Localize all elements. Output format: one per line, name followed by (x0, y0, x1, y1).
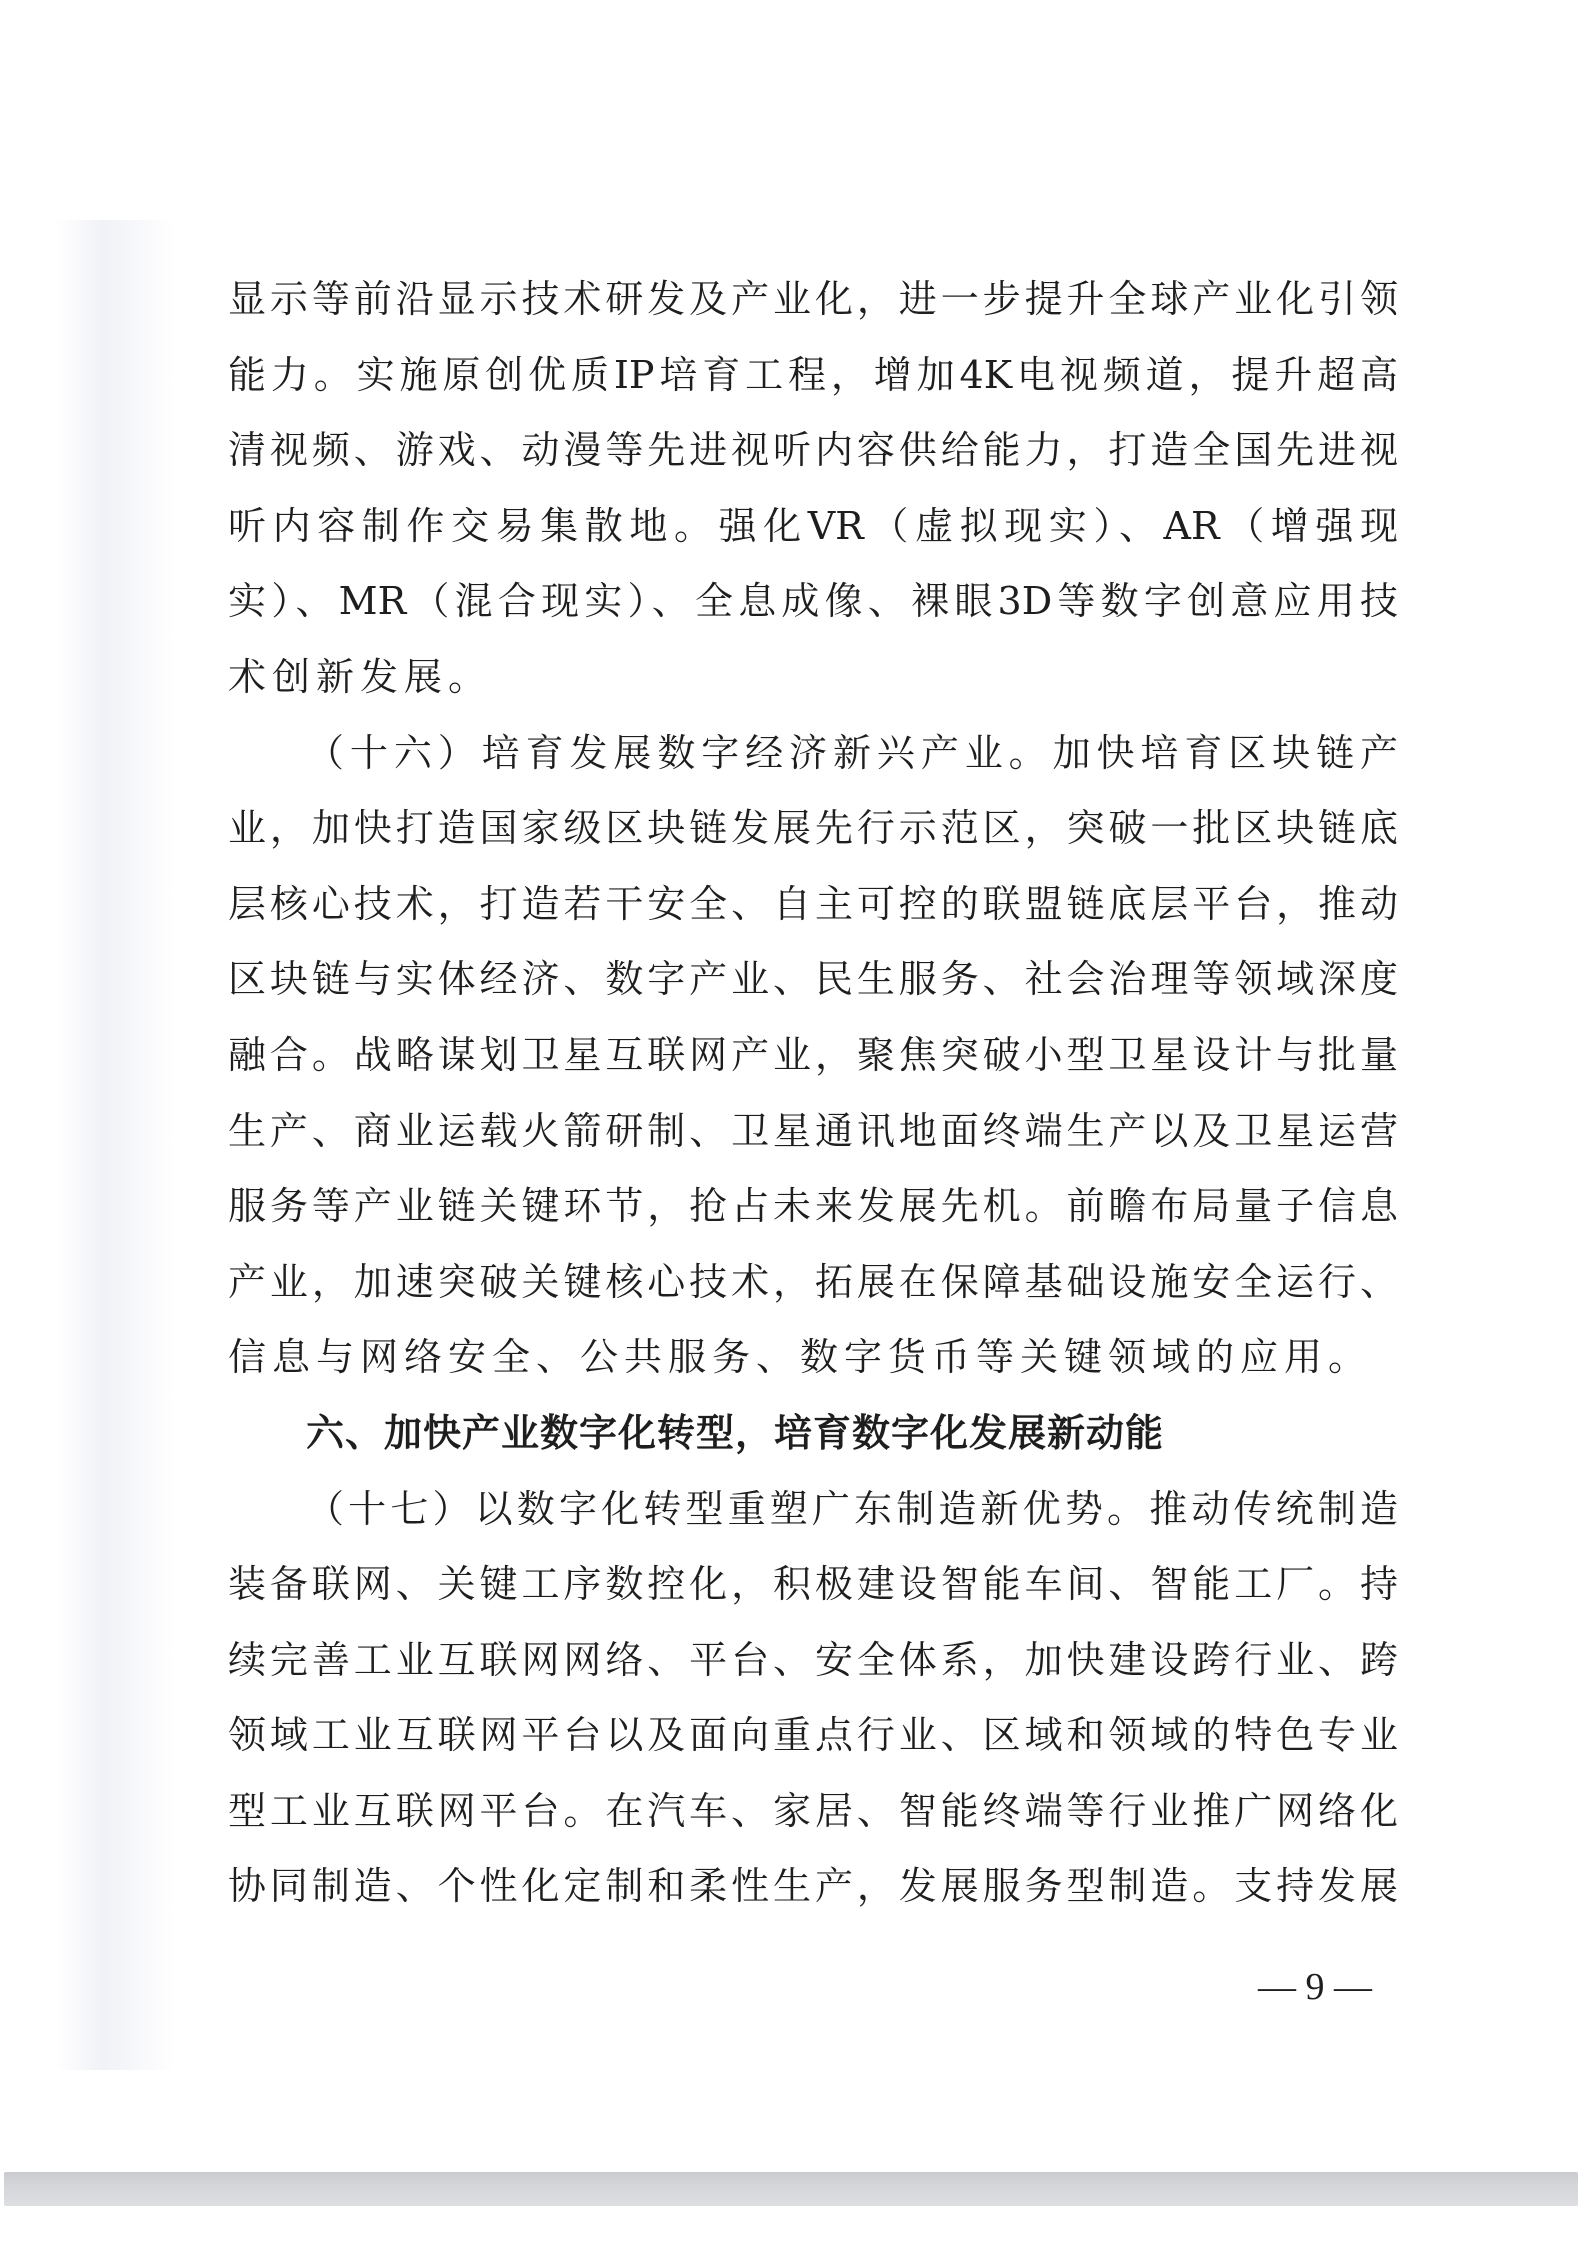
text-line: 显示等前沿显示技术研发及产业化，进一步提升全球产业化引领 (228, 262, 1398, 338)
section-heading: 六、加快产业数字化转型，培育数字化发展新动能 (228, 1396, 1398, 1472)
document-page: 显示等前沿显示技术研发及产业化，进一步提升全球产业化引领 能力。实施原创优质IP… (228, 262, 1398, 1925)
text-line: 融合。战略谋划卫星互联网产业，聚焦突破小型卫星设计与批量 (228, 1018, 1398, 1094)
paragraph-17-title-line: （十七）以数字化转型重塑广东制造新优势。推动传统制造 (228, 1472, 1398, 1548)
paragraph-continuation: 显示等前沿显示技术研发及产业化，进一步提升全球产业化引领 能力。实施原创优质IP… (228, 262, 1398, 716)
text-line: 能力。实施原创优质IP培育工程，增加4K电视频道，提升超高 (228, 338, 1398, 414)
text-line: 术创新发展。 (228, 640, 1398, 716)
paragraph-16: （十六）培育发展数字经济新兴产业。加快培育区块链产 业，加快打造国家级区块链发展… (228, 716, 1398, 1396)
text-line: 装备联网、关键工序数控化，积极建设智能车间、智能工厂。持 (228, 1547, 1398, 1623)
scan-bottom-edge (4, 2172, 1578, 2206)
text-line: 续完善工业互联网网络、平台、安全体系，加快建设跨行业、跨 (228, 1623, 1398, 1699)
paragraph-17: （十七）以数字化转型重塑广东制造新优势。推动传统制造 装备联网、关键工序数控化，… (228, 1472, 1398, 1926)
text-line: 听内容制作交易集散地。强化VR（虚拟现实）、AR（增强现 (228, 489, 1398, 565)
text-line: 服务等产业链关键环节，抢占未来发展先机。前瞻布局量子信息 (228, 1169, 1398, 1245)
text-line: 区块链与实体经济、数字产业、民生服务、社会治理等领域深度 (228, 942, 1398, 1018)
scan-shadow (55, 220, 175, 2070)
text-line: 信息与网络安全、公共服务、数字货币等关键领域的应用。 (228, 1320, 1398, 1396)
text-line: 型工业互联网平台。在汽车、家居、智能终端等行业推广网络化 (228, 1774, 1398, 1850)
text-line: 产业，加速突破关键核心技术，拓展在保障基础设施安全运行、 (228, 1245, 1398, 1321)
text-line: 业，加快打造国家级区块链发展先行示范区，突破一批区块链底 (228, 791, 1398, 867)
page-number: — 9 — (1230, 1962, 1400, 2012)
text-line: 领域工业互联网平台以及面向重点行业、区域和领域的特色专业 (228, 1698, 1398, 1774)
text-line: 清视频、游戏、动漫等先进视听内容供给能力，打造全国先进视 (228, 413, 1398, 489)
text-line: 协同制造、个性化定制和柔性生产，发展服务型制造。支持发展 (228, 1849, 1398, 1925)
paragraph-16-title-line: （十六）培育发展数字经济新兴产业。加快培育区块链产 (228, 716, 1398, 792)
text-line: 层核心技术，打造若干安全、自主可控的联盟链底层平台，推动 (228, 867, 1398, 943)
text-line: 实）、MR（混合现实）、全息成像、裸眼3D等数字创意应用技 (228, 564, 1398, 640)
text-line: 生产、商业运载火箭研制、卫星通讯地面终端生产以及卫星运营 (228, 1094, 1398, 1170)
